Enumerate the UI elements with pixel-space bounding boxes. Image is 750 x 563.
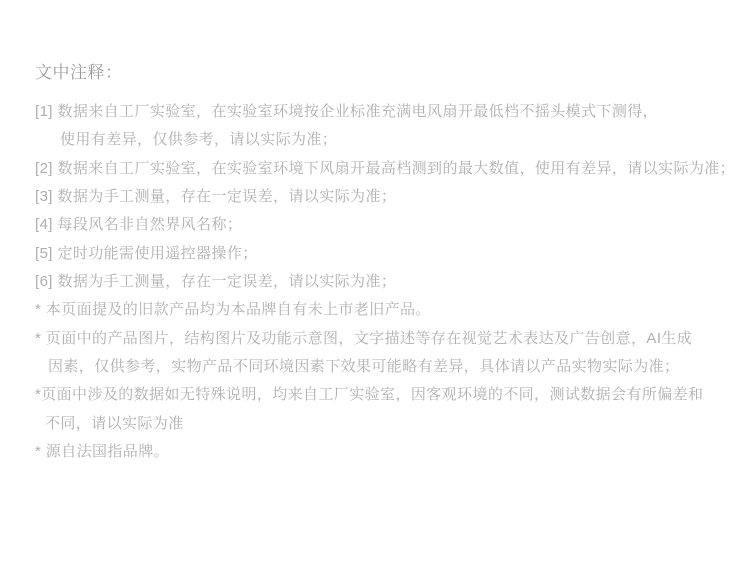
note-line: 不同，请以实际为准 <box>35 410 747 438</box>
note-line: [2] 数据来自工厂实验室，在实验室环境下风扇开最高档测到的最大数值，使用有差异… <box>35 155 747 183</box>
note-line: 使用有差异，仅供参考，请以实际为准； <box>35 126 747 154</box>
note-line: 因素，仅供参考，实物产品不同环境因素下效果可能略有差异，具体请以产品实物实际为准… <box>35 353 747 381</box>
note-line: * 源自法国指品牌。 <box>35 438 747 466</box>
note-line: [5] 定时功能需使用遥控器操作； <box>35 240 747 268</box>
note-line: [4] 每段风名非自然界风名称； <box>35 211 747 239</box>
note-line: [3] 数据为手工测量，存在一定误差，请以实际为准； <box>35 183 747 211</box>
page-title: 文中注释： <box>35 61 123 85</box>
notes-list: [1] 数据来自工厂实验室，在实验室环境按企业标准充满电风扇开最低档不摇头模式下… <box>35 98 747 466</box>
note-line: [1] 数据来自工厂实验室，在实验室环境按企业标准充满电风扇开最低档不摇头模式下… <box>35 98 747 126</box>
note-line: * 页面中的产品图片，结构图片及功能示意图，文字描述等存在视觉艺术表达及广告创意… <box>35 325 747 353</box>
note-line: * 本页面提及的旧款产品均为本品牌自有未上市老旧产品。 <box>35 296 747 324</box>
note-line: *页面中涉及的数据如无特殊说明，均来自工厂实验室，因客观环境的不同，测试数据会有… <box>35 381 747 409</box>
annotations-page: 文中注释： [1] 数据来自工厂实验室，在实验室环境按企业标准充满电风扇开最低档… <box>0 0 750 563</box>
note-line: [6] 数据为手工测量，存在一定误差，请以实际为准； <box>35 268 747 296</box>
